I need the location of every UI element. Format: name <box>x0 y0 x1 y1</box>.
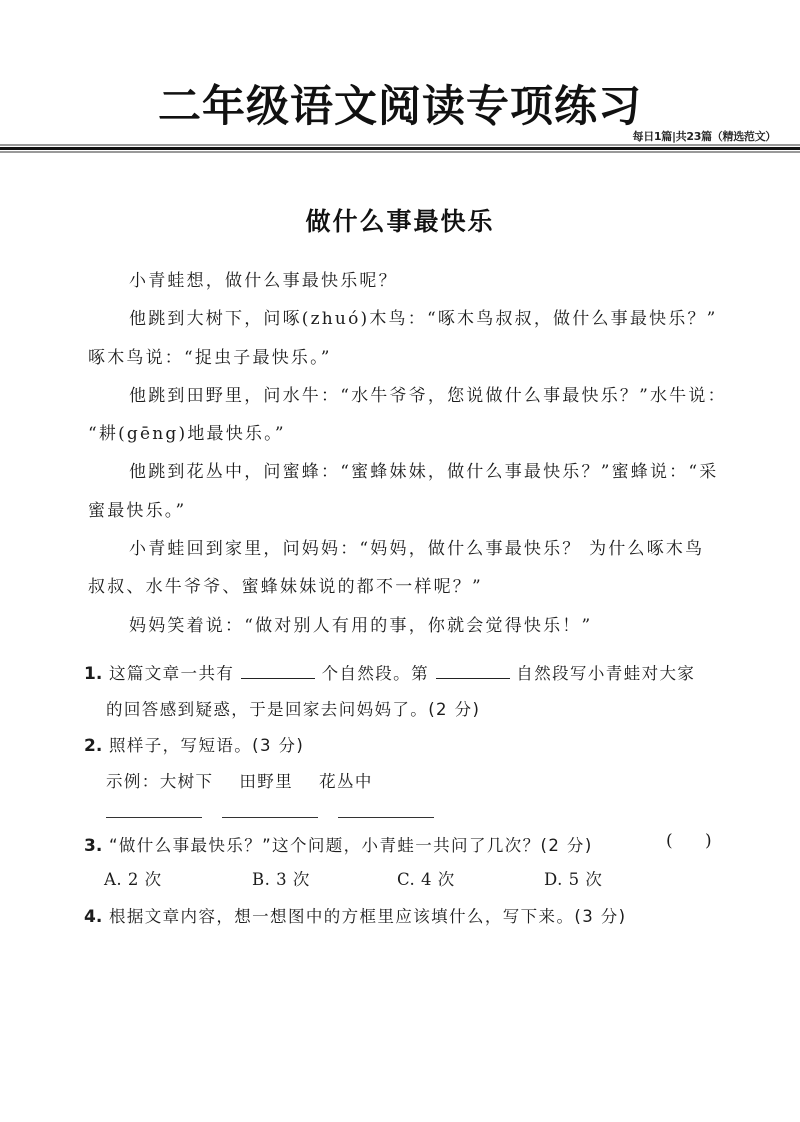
question-1-cont: 的回答感到疑惑，于是回家去问妈妈了。(2 分) <box>106 696 480 720</box>
question-number: 3. <box>84 836 102 856</box>
question-4: 4. 根据文章内容，想一想图中的方框里应该填什么，写下来。(3 分) <box>84 903 626 927</box>
question-3: 3. “做什么事最快乐？”这个问题，小青蛙一共问了几次？(2 分) <box>84 832 593 856</box>
question-2: 2. 照样子，写短语。(3 分) <box>84 732 304 756</box>
paragraph-6: 妈妈笑着说：“做对别人有用的事，你就会觉得快乐！” <box>88 607 728 645</box>
series-subtitle: 每日1篇|共23篇（精选范文） <box>633 128 776 144</box>
paragraph-2-cont: 啄木鸟说：“捉虫子最快乐。” <box>88 339 728 377</box>
article-title: 做什么事最快乐 <box>0 202 800 238</box>
passage: 小青蛙想，做什么事最快乐呢？ 他跳到大树下，问啄(zhuó)木鸟：“啄木鸟叔叔，… <box>88 262 728 645</box>
example-word: 花丛中 <box>319 772 373 791</box>
example-word: 田野里 <box>239 772 293 791</box>
header-divider <box>0 144 800 155</box>
q3-option-c[interactable]: C. 4 次 <box>397 866 455 890</box>
paragraph-2: 他跳到大树下，问啄(zhuó)木鸟：“啄木鸟叔叔，做什么事最快乐？” <box>88 300 728 338</box>
q2-example: 示例：大树下田野里花丛中 <box>106 768 373 792</box>
q3-option-a[interactable]: A. 2 次 <box>104 866 162 890</box>
paragraph-4-cont: 蜜最快乐。” <box>88 492 728 530</box>
question-1: 1. 这篇文章一共有 个自然段。第 自然段写小青蛙对大家 <box>84 660 695 684</box>
question-number: 4. <box>84 907 102 927</box>
paragraph-3-cont: “耕(gēng)地最快乐。” <box>88 415 728 453</box>
series-title: 二年级语文阅读专项练习 <box>0 82 800 132</box>
q2-answer-line-1[interactable] <box>106 817 202 818</box>
question-number: 1. <box>84 664 102 684</box>
paragraph-3: 他跳到田野里，问水牛：“水牛爷爷，您说做什么事最快乐？”水牛说： <box>88 377 728 415</box>
paragraph-5: 小青蛙回到家里，问妈妈：“妈妈，做什么事最快乐？ 为什么啄木鸟 <box>88 530 728 568</box>
paragraph-4: 他跳到花丛中，问蜜蜂：“蜜蜂妹妹，做什么事最快乐？”蜜蜂说：“采 <box>88 453 728 491</box>
q2-answer-line-2[interactable] <box>222 817 318 818</box>
example-word: 大树下 <box>160 772 214 791</box>
q3-option-b[interactable]: B. 3 次 <box>252 866 310 890</box>
q1-blank-paragraph-number[interactable] <box>436 664 510 679</box>
q3-answer-box[interactable]: ( ) <box>666 831 712 851</box>
paragraph-5-cont: 叔叔、水牛爷爷、蜜蜂妹妹说的都不一样呢？” <box>88 568 728 606</box>
q1-blank-paragraph-count[interactable] <box>241 664 315 679</box>
q2-answer-line-3[interactable] <box>338 817 434 818</box>
question-number: 2. <box>84 736 102 756</box>
paragraph-1: 小青蛙想，做什么事最快乐呢？ <box>88 262 728 300</box>
q3-option-d[interactable]: D. 5 次 <box>544 866 602 890</box>
